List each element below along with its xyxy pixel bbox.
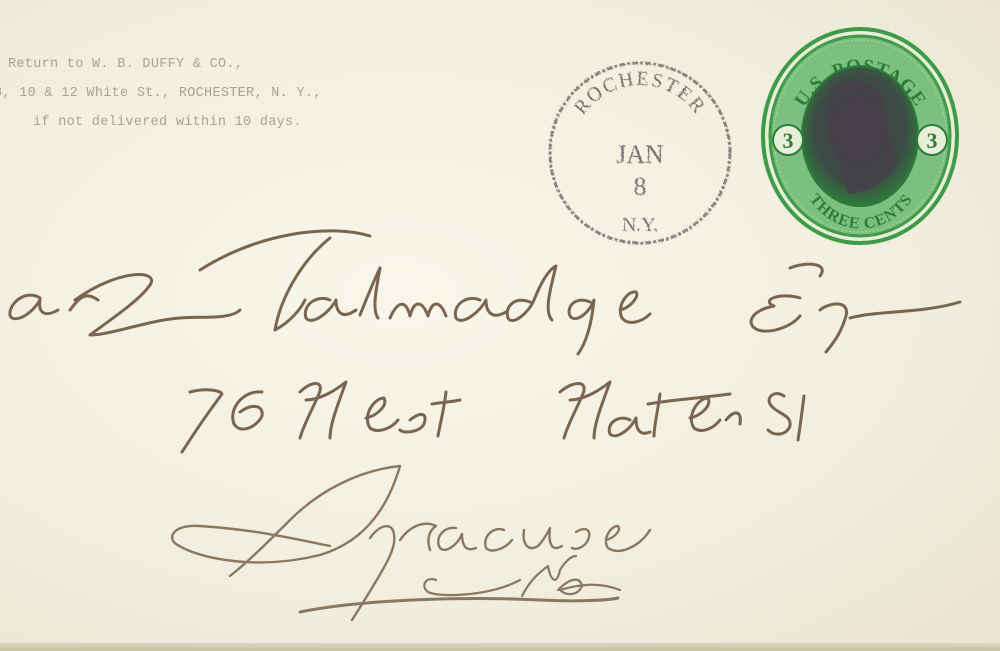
handwritten-address bbox=[0, 0, 1000, 651]
addressee-city-script bbox=[172, 466, 650, 620]
addressee-name-script bbox=[10, 231, 960, 354]
envelope-bottom-edge bbox=[0, 643, 1000, 651]
envelope: Return to W. B. DUFFY & CO., 8, 10 & 12 … bbox=[0, 0, 1000, 651]
addressee-state-script bbox=[300, 556, 620, 612]
addressee-street-script bbox=[182, 382, 804, 452]
